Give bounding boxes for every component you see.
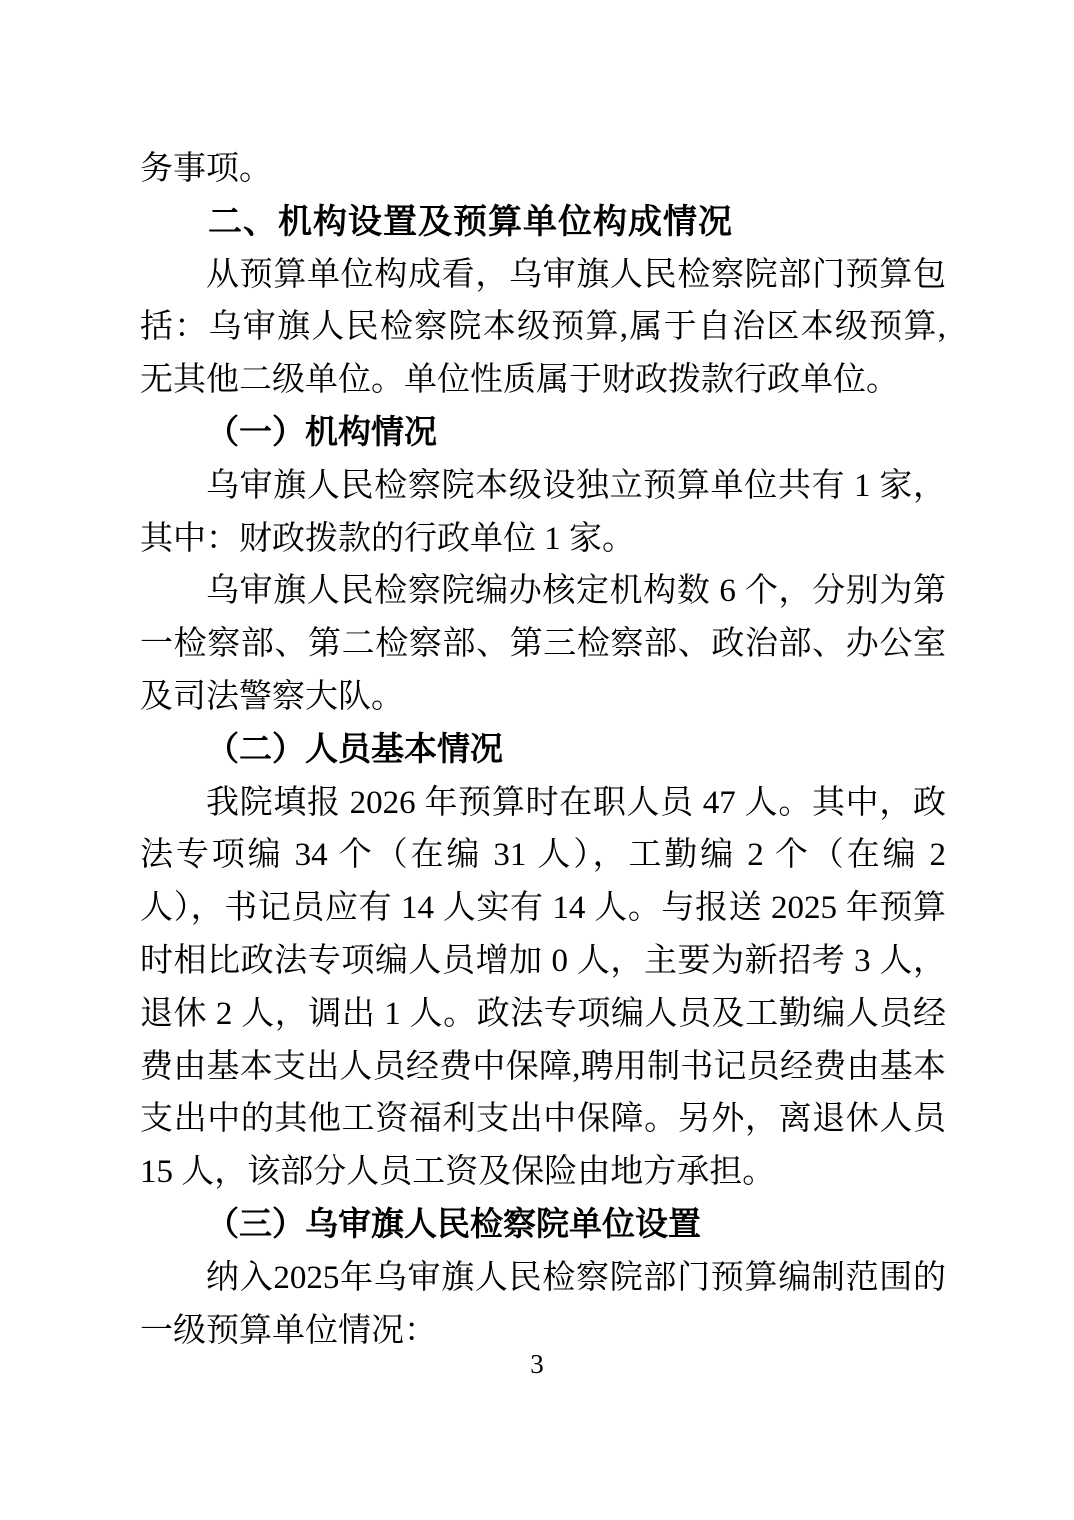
paragraph-continuation: 务事项。	[140, 143, 946, 196]
document-body: 务事项。 二、机构设置及预算单位构成情况 从预算单位构成看，乌审旗人民检察院部门…	[140, 143, 946, 1357]
subsection-heading-unit-setup: （三）乌审旗人民检察院单位设置	[140, 1199, 946, 1252]
paragraph-unit-setup-intro: 纳入2025年乌审旗人民检察院部门预算编制范围的一级预算单位情况：	[140, 1252, 946, 1358]
section-heading-organization: 二、机构设置及预算单位构成情况	[140, 196, 946, 249]
page-number: 3	[0, 1348, 1074, 1380]
paragraph-personnel-details: 我院填报 2026 年预算时在职人员 47 人。其中，政法专项编 34 个（在编…	[140, 777, 946, 1199]
paragraph-independent-budget-units: 乌审旗人民检察院本级设独立预算单位共有 1 家，其中：财政拨款的行政单位 1 家…	[140, 460, 946, 566]
document-page: 务事项。 二、机构设置及预算单位构成情况 从预算单位构成看，乌审旗人民检察院部门…	[0, 0, 1074, 1520]
subsection-heading-institution-status: （一）机构情况	[140, 407, 946, 460]
paragraph-approved-institutions: 乌审旗人民检察院编办核定机构数 6 个，分别为第一检察部、第二检察部、第三检察部…	[140, 565, 946, 723]
subsection-heading-personnel-status: （二）人员基本情况	[140, 724, 946, 777]
paragraph-budget-unit-composition: 从预算单位构成看，乌审旗人民检察院部门预算包括：乌审旗人民检察院本级预算,属于自…	[140, 249, 946, 407]
